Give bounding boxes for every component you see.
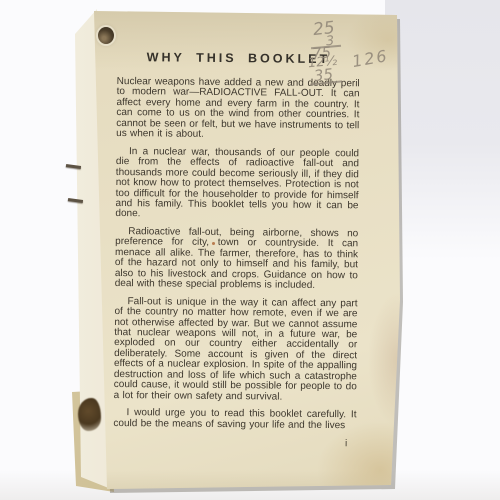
page-number: i bbox=[113, 436, 356, 449]
body-paragraph: Radioactive fall-out, being airborne, sh… bbox=[115, 227, 359, 292]
body-paragraph: Nuclear weapons have added a new and dea… bbox=[116, 77, 360, 142]
backdrop-shade bbox=[385, 0, 500, 260]
printed-text-block: WHY THIS BOOKLET Nuclear weapons have ad… bbox=[113, 50, 360, 449]
handwritten-number: 126 bbox=[351, 46, 390, 71]
body-paragraph: I would urge you to read this booklet ca… bbox=[113, 408, 356, 431]
body-paragraph: In a nuclear war, thousands of our peopl… bbox=[115, 147, 359, 223]
body-paragraph: Fall-out is unique in the way it can aff… bbox=[114, 297, 358, 404]
rusted-staple-stain bbox=[78, 398, 101, 431]
punch-hole bbox=[98, 27, 114, 44]
booklet-photo: WHY THIS BOOKLET Nuclear weapons have ad… bbox=[0, 0, 500, 500]
